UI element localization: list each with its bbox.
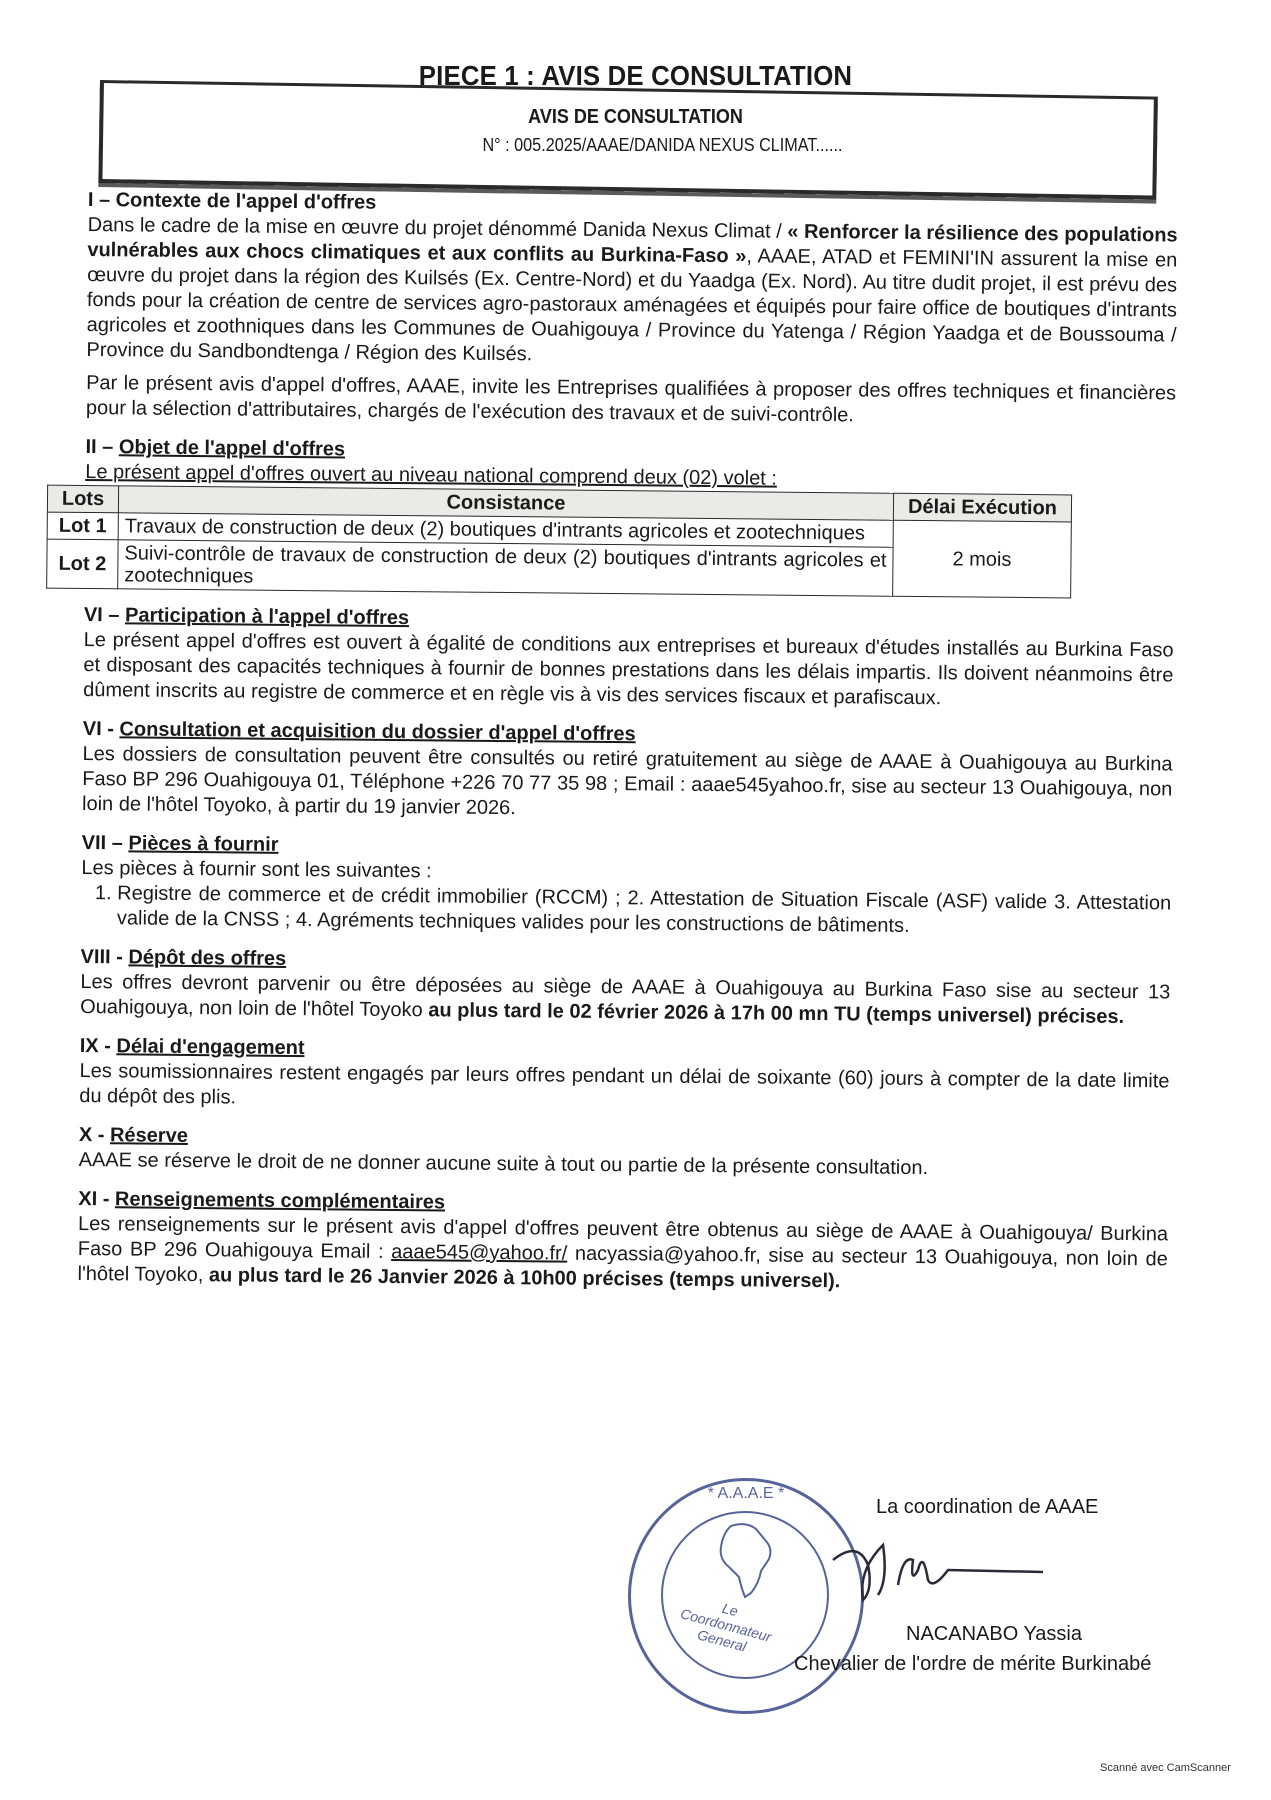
lot-consistance: Suivi-contrôle de travaux de constructio… [118,540,893,596]
lot-label: Lot 2 [47,539,118,589]
list-item: Registre de commerce et de crédit immobi… [117,881,1171,941]
signature-icon [828,1530,1048,1610]
depot-paragraph: Les offres devront parvenir ou être dépo… [80,970,1170,1030]
section-heading: Consultation et acquisition du dossier d… [119,718,635,745]
section-number: VII – [82,832,129,854]
section-number: VI - [83,718,120,740]
section-heading: Participation à l'appel d'offres [125,604,409,629]
section-number: II – [85,436,119,458]
section-number: VIII - [81,946,129,968]
contexte-paragraph: Dans le cadre de la mise en œuvre du pro… [86,213,1177,373]
section-heading: Réserve [110,1124,188,1147]
document-body: I – Contexte de l'appel d'offres Dans le… [77,188,1177,1297]
signatory-name: NACANABO Yassia [906,1623,1082,1646]
stamp-top-text: * A.A.A.E * [631,1485,861,1503]
scanner-watermark: Scanné avec CamScanner [1100,1762,1231,1774]
email-link[interactable]: aaae545@yahoo.fr/ [391,1241,567,1265]
participation-paragraph: Le présent appel d'offres est ouvert à é… [83,628,1174,713]
lots-table: Lots Consistance Délai Exécution Lot 1 T… [46,485,1072,599]
reference-number: N° : 005.2025/AAAE/DANIDA NEXUS CLIMAT..… [64,135,1208,156]
lot-label: Lot 1 [47,512,118,540]
section-heading: Pièces à fournir [128,832,278,855]
document-page: PIECE 1 : AVIS DE CONSULTATION AVIS DE C… [0,0,1271,1800]
renseignements-deadline: au plus tard le 26 Janvier 2026 à 10h00 … [209,1264,841,1292]
consultation-paragraph: Les dossiers de consultation peuvent êtr… [82,742,1173,827]
delai-value: 2 mois [893,520,1072,598]
section-heading: Délai d'engagement [116,1035,304,1059]
africa-map-icon [711,1521,781,1601]
header-delai: Délai Exécution [893,493,1071,522]
coordination-label: La coordination de AAAE [876,1496,1098,1519]
signatory-title: Chevalier de l'ordre de mérite Burkinabé [794,1653,1151,1676]
pieces-list: Registre de commerce et de crédit immobi… [81,881,1171,941]
section-heading: Dépôt des offres [128,946,286,970]
section-number: X - [79,1124,110,1146]
section-heading: Renseignements complémentaires [115,1188,445,1213]
section-number: VI – [84,604,125,626]
renseignements-paragraph: Les renseignements sur le présent avis d… [77,1212,1168,1297]
contexte-text-a: Dans le cadre de la mise en œuvre du pro… [88,214,788,243]
depot-deadline: au plus tard le 02 février 2026 à 17h 00… [428,999,1124,1028]
section-number: IX - [80,1035,117,1057]
section-heading: Objet de l'appel d'offres [119,436,345,460]
invitation-paragraph: Par le présent avis d'appel d'offres, AA… [86,371,1176,431]
header-lots: Lots [47,485,118,513]
section-number: XI - [78,1188,115,1210]
box-title: AVIS DE CONSULTATION [64,106,1208,129]
